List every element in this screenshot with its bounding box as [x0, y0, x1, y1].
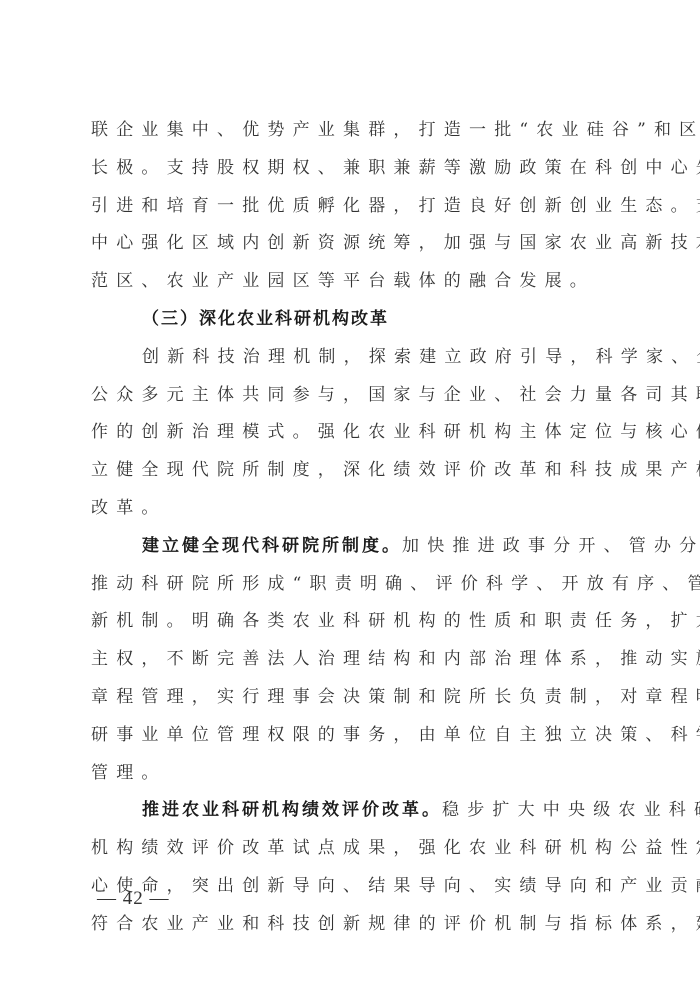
- text-line: 管理。: [91, 755, 611, 793]
- paragraph-3: 建立健全现代科研院所制度。加快推进政事分开、管办分离， 推动科研院所形成“职责明…: [91, 528, 611, 793]
- page-body: 联企业集中、优势产业集群，打造一批“农业硅谷”和区域经济增 长极。支持股权期权、…: [91, 112, 611, 944]
- paragraph-1: 联企业集中、优势产业集群，打造一批“农业硅谷”和区域经济增 长极。支持股权期权、…: [91, 112, 611, 301]
- paragraph-4: 推进农业科研机构绩效评价改革。稳步扩大中央级农业科研 机构绩效评价改革试点成果，…: [91, 792, 611, 943]
- paragraph-lead-heading: 推进农业科研机构绩效评价改革。: [142, 800, 442, 820]
- text-span: 稳步扩大中央级农业科研: [442, 800, 700, 820]
- text-line: 符合农业产业和科技创新规律的评价机制与指标体系，建立中长: [91, 906, 611, 944]
- text-line: 新机制。明确各类农业科研机构的性质和职责任务，扩大院所自: [91, 603, 611, 641]
- text-line: 建立健全现代科研院所制度。加快推进政事分开、管办分离，: [91, 528, 611, 566]
- text-line: 长极。支持股权期权、兼职兼薪等激励政策在科创中心先行先试，: [91, 150, 611, 188]
- text-line: 联企业集中、优势产业集群，打造一批“农业硅谷”和区域经济增: [91, 112, 611, 150]
- text-line: 作的创新治理模式。强化农业科研机构主体定位与核心使命，建: [91, 414, 611, 452]
- text-line: 公众多元主体共同参与，国家与企业、社会力量各司其职、密切合: [91, 377, 611, 415]
- text-line: 推动科研院所形成“职责明确、评价科学、开放有序、管理规范”的: [91, 566, 611, 604]
- text-line: 章程管理，实行理事会决策制和院所长负责制，对章程明确赋予科: [91, 679, 611, 717]
- text-line: 机构绩效评价改革试点成果，强化农业科研机构公益性定位与核: [91, 830, 611, 868]
- page-number: — 42 —: [97, 888, 170, 910]
- text-line: 范区、农业产业园区等平台载体的融合发展。: [91, 263, 611, 301]
- text-line: 研事业单位管理权限的事务，由单位自主独立决策、科学有效: [91, 717, 611, 755]
- text-line: 中心强化区域内创新资源统筹，加强与国家农业高新技术产业示: [91, 225, 611, 263]
- text-span: 加快推进政事分开、管办分离，: [402, 536, 700, 556]
- text-line: 创新科技治理机制，探索建立政府引导，科学家、企业家、社会: [91, 339, 611, 377]
- text-line: 立健全现代院所制度，深化绩效评价改革和科技成果产权制度: [91, 452, 611, 490]
- section-heading: （三）深化农业科研机构改革: [91, 301, 611, 339]
- text-line: 推进农业科研机构绩效评价改革。稳步扩大中央级农业科研: [91, 792, 611, 830]
- paragraph-2: 创新科技治理机制，探索建立政府引导，科学家、企业家、社会 公众多元主体共同参与，…: [91, 339, 611, 528]
- paragraph-lead-heading: 建立健全现代科研院所制度。: [142, 536, 402, 556]
- text-line: 引进和培育一批优质孵化器，打造良好创新创业生态。支持科创: [91, 188, 611, 226]
- text-line: 主权，不断完善法人治理结构和内部治理体系，推动实施理事会和: [91, 641, 611, 679]
- text-line: 改革。: [91, 490, 611, 528]
